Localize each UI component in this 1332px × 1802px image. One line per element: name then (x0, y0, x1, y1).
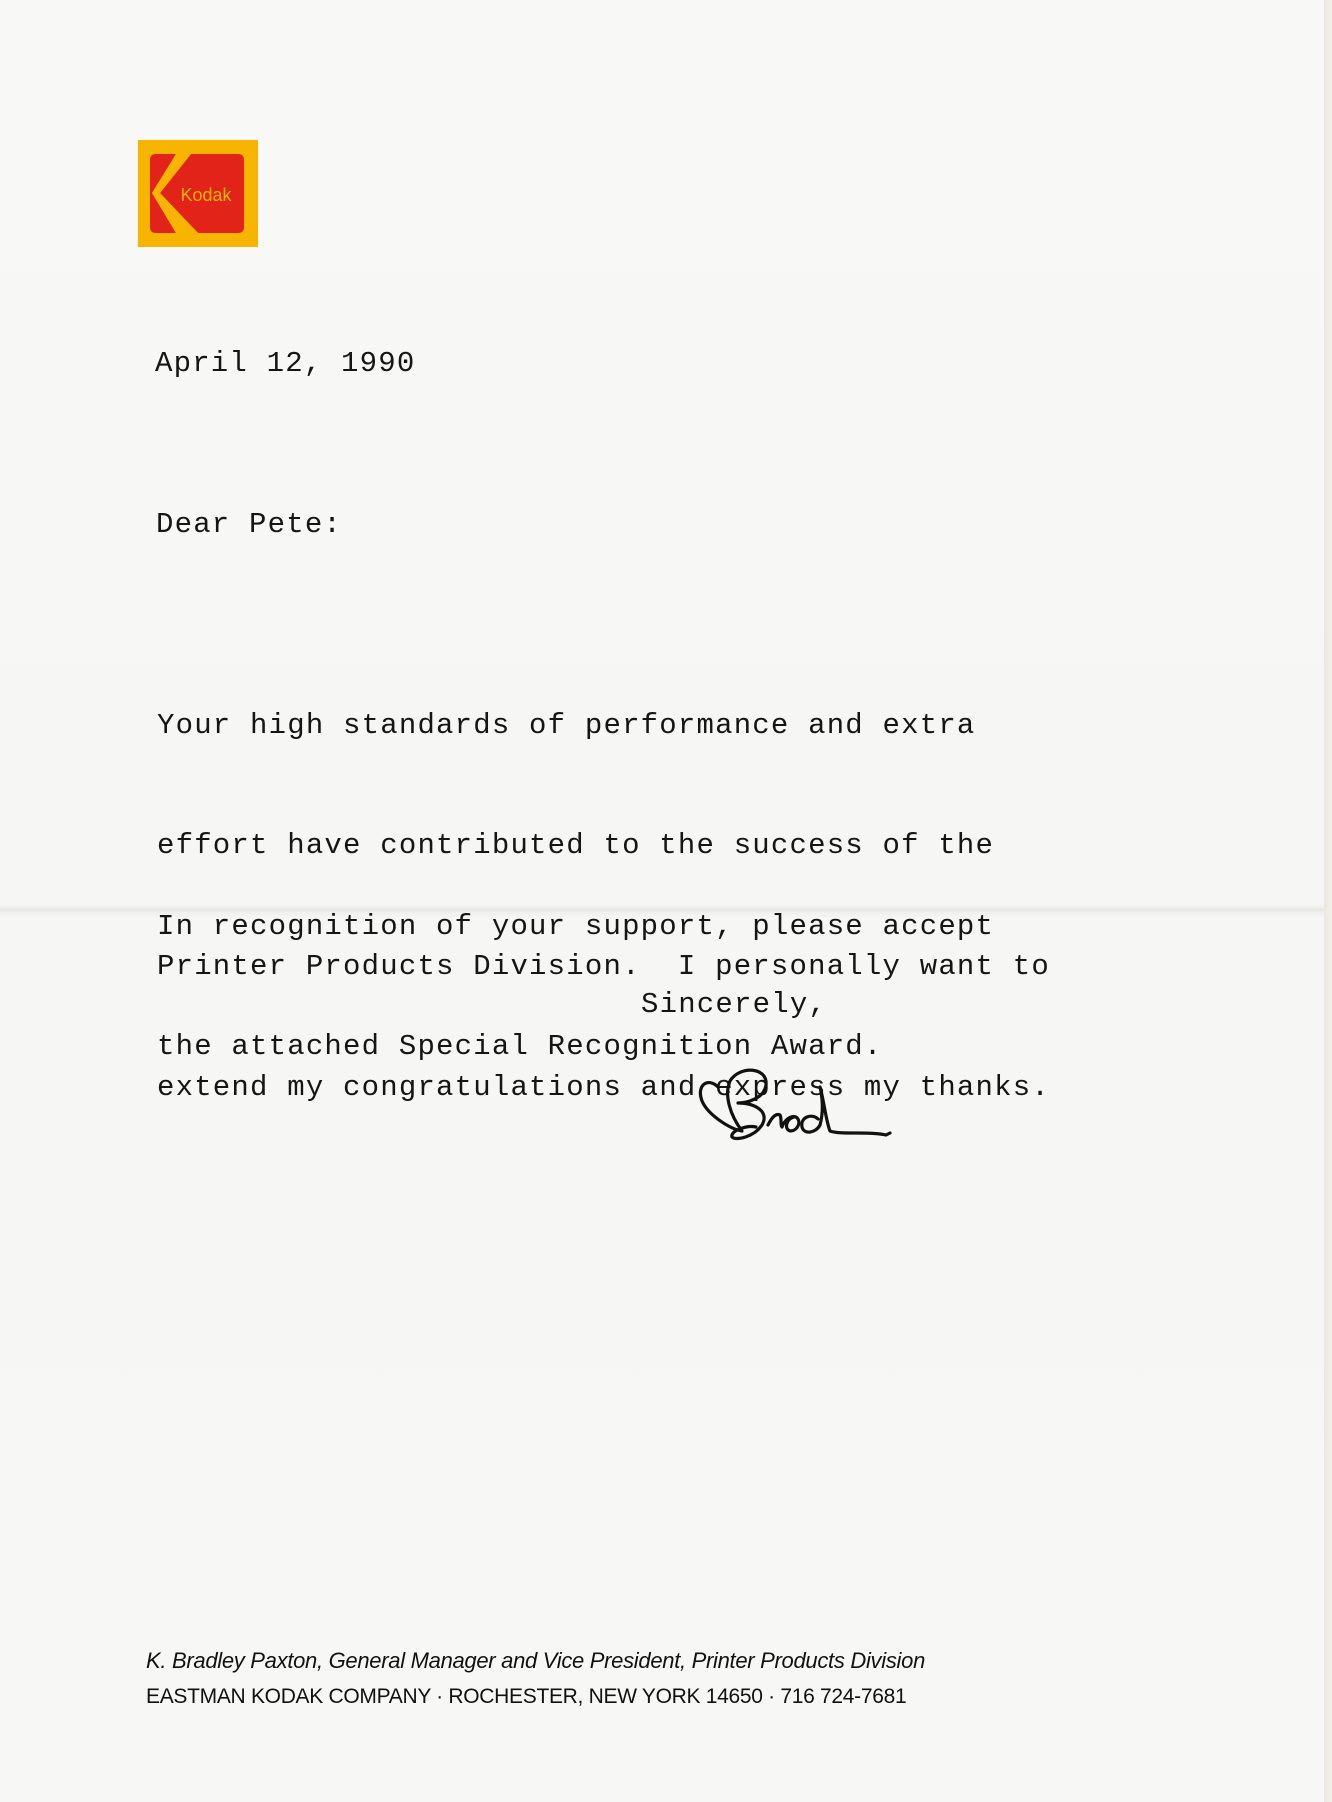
company-address: EASTMAN KODAK COMPANY · ROCHESTER, NEW Y… (146, 1685, 906, 1709)
letter-date: April 12, 1990 (155, 347, 415, 380)
paper-edge (1324, 0, 1332, 1802)
kodak-logo-icon: Kodak (138, 140, 258, 247)
salutation: Dear Pete: (156, 508, 342, 541)
closing: Sincerely, (641, 988, 827, 1021)
signature-brad (690, 1055, 900, 1155)
paragraph-line: In recognition of your support, please a… (157, 907, 994, 947)
paragraph-line: Your high standards of performance and e… (157, 706, 1050, 746)
svg-text:Kodak: Kodak (180, 185, 232, 205)
sender-title: K. Bradley Paxton, General Manager and V… (146, 1648, 925, 1674)
kodak-logo: Kodak (138, 140, 258, 247)
